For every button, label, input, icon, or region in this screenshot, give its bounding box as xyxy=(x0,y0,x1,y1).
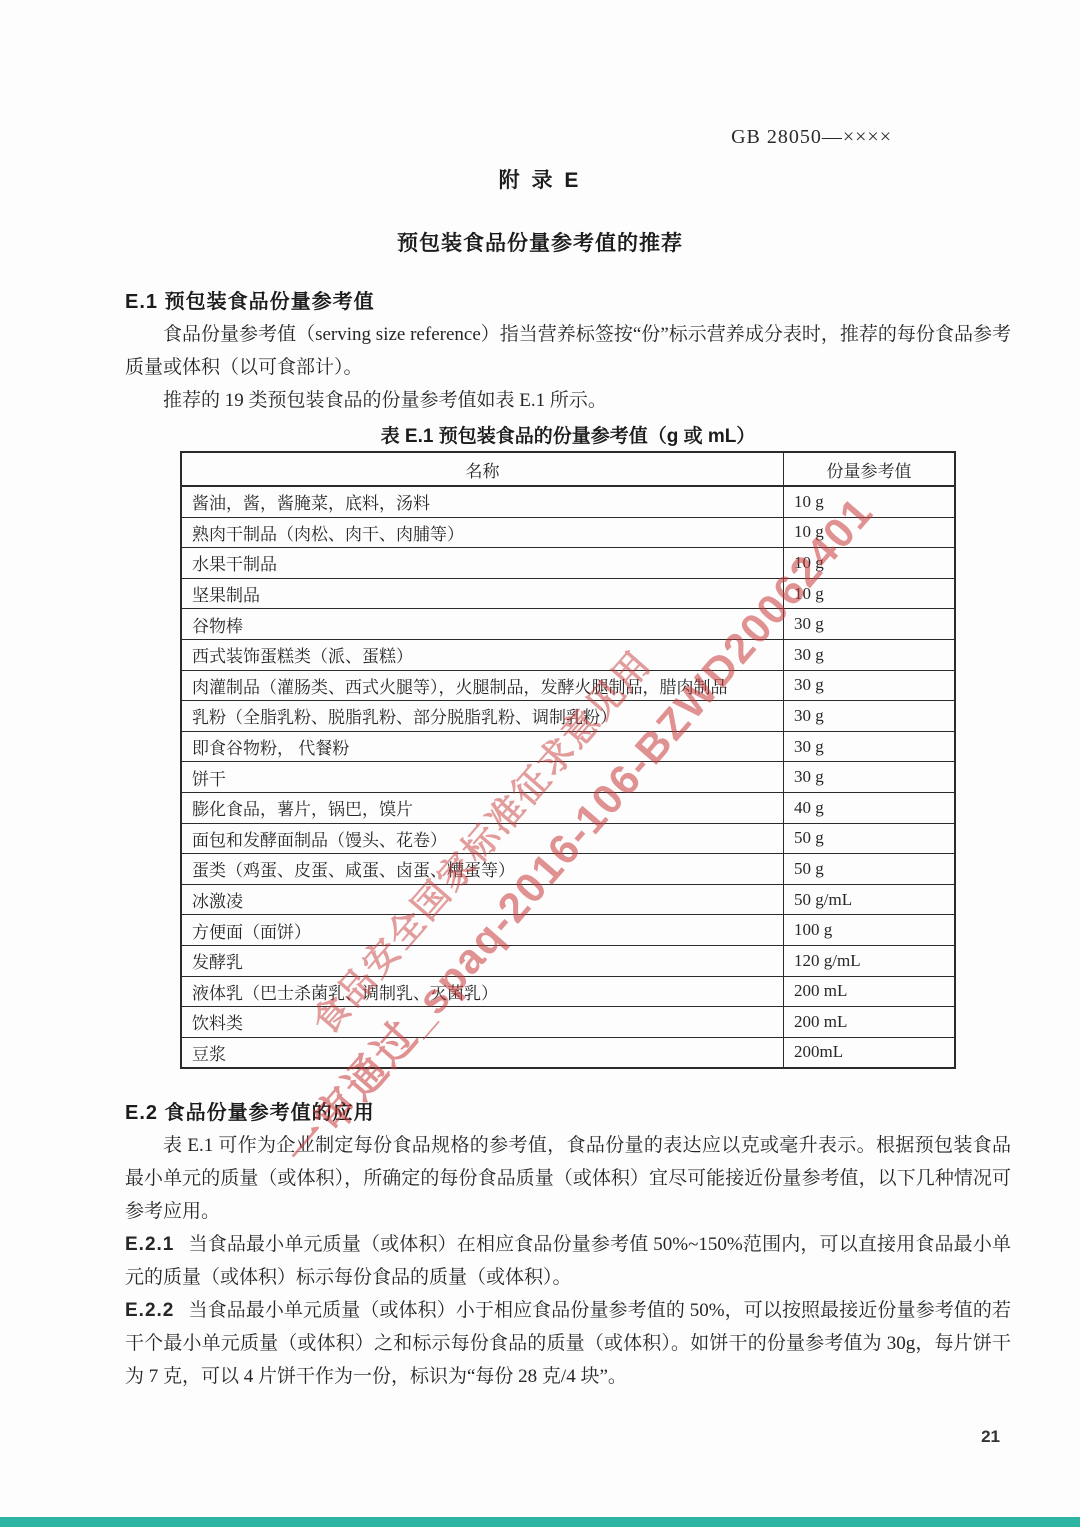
food-category-cell: 西式装饰蛋糕类（派、蛋糕） xyxy=(181,639,784,670)
standard-code-header: GB 28050—×××× xyxy=(0,126,892,149)
food-category-cell: 饮料类 xyxy=(181,1007,784,1038)
section-e2-heading: E.2 食品份量参考值的应用 xyxy=(125,1096,375,1125)
table-row: 酱油，酱，酱腌菜，底料，汤料10 g xyxy=(181,486,955,517)
food-category-cell: 水果干制品 xyxy=(181,548,784,579)
page-number: 21 xyxy=(0,1427,1000,1447)
food-category-cell: 饼干 xyxy=(181,762,784,793)
bottom-accent-bar xyxy=(0,1517,1080,1527)
clause-e21: E.2.1当食品最小单元质量（或体积）在相应食品份量参考值 50%~150%范围… xyxy=(125,1228,1011,1294)
serving-value-cell: 30 g xyxy=(784,670,956,701)
serving-value-cell: 30 g xyxy=(784,731,956,762)
section-e2-paragraph: 表 E.1 可作为企业制定每份食品规格的参考值，食品份量的表达应以克或毫升表示。… xyxy=(125,1129,1011,1228)
serving-value-cell: 200 mL xyxy=(784,976,956,1007)
serving-value-cell: 30 g xyxy=(784,701,956,732)
food-category-cell: 坚果制品 xyxy=(181,578,784,609)
table-row: 西式装饰蛋糕类（派、蛋糕）30 g xyxy=(181,639,955,670)
clause-e21-text: 当食品最小单元质量（或体积）在相应食品份量参考值 50%~150%范围内，可以直… xyxy=(125,1234,1011,1288)
serving-value-cell: 50 g xyxy=(784,854,956,885)
page-title: 预包装食品份量参考值的推荐 xyxy=(0,227,1080,257)
serving-value-cell: 200mL xyxy=(784,1037,956,1068)
clause-e22-text: 当食品最小单元质量（或体积）小于相应食品份量参考值的 50%，可以按照最接近份量… xyxy=(125,1300,1011,1387)
table-row: 冰激凌50 g/mL xyxy=(181,884,955,915)
table-row: 乳粉（全脂乳粉、脱脂乳粉、部分脱脂乳粉、调制乳粉）30 g xyxy=(181,701,955,732)
column-header-value: 份量参考值 xyxy=(784,452,956,486)
table-header-row: 名称 份量参考值 xyxy=(181,452,955,486)
table-row: 饮料类200 mL xyxy=(181,1007,955,1038)
table-row: 发酵乳120 g/mL xyxy=(181,945,955,976)
serving-value-cell: 200 mL xyxy=(784,1007,956,1038)
clause-e21-number: E.2.1 xyxy=(125,1234,174,1255)
food-category-cell: 豆浆 xyxy=(181,1037,784,1068)
document-page: GB 28050—×××× 附 录 E 预包装食品份量参考值的推荐 E.1 预包… xyxy=(0,0,1080,1527)
table-caption: 表 E.1 预包装食品的份量参考值（g 或 mL） xyxy=(180,421,956,448)
table-row: 熟肉干制品（肉松、肉干、肉脯等）10 g xyxy=(181,517,955,548)
table-row: 液体乳（巴士杀菌乳、调制乳、灭菌乳）200 mL xyxy=(181,976,955,1007)
clause-e22: E.2.2当食品最小单元质量（或体积）小于相应食品份量参考值的 50%，可以按照… xyxy=(125,1294,1011,1393)
table-row: 水果干制品10 g xyxy=(181,548,955,579)
serving-value-cell: 10 g xyxy=(784,548,956,579)
table-row: 谷物棒30 g xyxy=(181,609,955,640)
food-category-cell: 液体乳（巴士杀菌乳、调制乳、灭菌乳） xyxy=(181,976,784,1007)
food-category-cell: 面包和发酵面制品（馒头、花卷） xyxy=(181,823,784,854)
section-e1-paragraph-2: 推荐的 19 类预包装食品的份量参考值如表 E.1 所示。 xyxy=(125,384,1011,417)
food-category-cell: 谷物棒 xyxy=(181,609,784,640)
column-header-name: 名称 xyxy=(181,452,784,486)
food-category-cell: 肉灌制品（灌肠类、西式火腿等），火腿制品，发酵火腿制品，腊肉制品 xyxy=(181,670,784,701)
serving-value-cell: 30 g xyxy=(784,609,956,640)
serving-value-cell: 120 g/mL xyxy=(784,945,956,976)
table-row: 豆浆200mL xyxy=(181,1037,955,1068)
table-row: 膨化食品，薯片，锅巴，馍片40 g xyxy=(181,792,955,823)
serving-value-cell: 50 g xyxy=(784,823,956,854)
clause-e22-number: E.2.2 xyxy=(125,1300,174,1321)
food-category-cell: 熟肉干制品（肉松、肉干、肉脯等） xyxy=(181,517,784,548)
food-category-cell: 方便面（面饼） xyxy=(181,915,784,946)
food-category-cell: 酱油，酱，酱腌菜，底料，汤料 xyxy=(181,486,784,517)
serving-value-cell: 40 g xyxy=(784,792,956,823)
food-category-cell: 冰激凌 xyxy=(181,884,784,915)
food-category-cell: 即食谷物粉， 代餐粉 xyxy=(181,731,784,762)
table-row: 方便面（面饼）100 g xyxy=(181,915,955,946)
food-category-cell: 蛋类（鸡蛋、皮蛋、咸蛋、卤蛋、糟蛋等） xyxy=(181,854,784,885)
serving-value-cell: 100 g xyxy=(784,915,956,946)
food-category-cell: 发酵乳 xyxy=(181,945,784,976)
table-body: 酱油，酱，酱腌菜，底料，汤料10 g熟肉干制品（肉松、肉干、肉脯等）10 g水果… xyxy=(181,486,955,1068)
serving-value-cell: 10 g xyxy=(784,578,956,609)
serving-value-cell: 10 g xyxy=(784,517,956,548)
section-e1-paragraph-1: 食品份量参考值（serving size reference）指当营养标签按“份… xyxy=(125,318,1011,384)
table-row: 饼干30 g xyxy=(181,762,955,793)
food-category-cell: 膨化食品，薯片，锅巴，馍片 xyxy=(181,792,784,823)
table-row: 即食谷物粉， 代餐粉30 g xyxy=(181,731,955,762)
table-row: 坚果制品10 g xyxy=(181,578,955,609)
table-row: 肉灌制品（灌肠类、西式火腿等），火腿制品，发酵火腿制品，腊肉制品30 g xyxy=(181,670,955,701)
food-category-cell: 乳粉（全脂乳粉、脱脂乳粉、部分脱脂乳粉、调制乳粉） xyxy=(181,701,784,732)
appendix-label: 附 录 E xyxy=(0,164,1080,194)
serving-size-table: 名称 份量参考值 酱油，酱，酱腌菜，底料，汤料10 g熟肉干制品（肉松、肉干、肉… xyxy=(180,451,956,1069)
table-row: 面包和发酵面制品（馒头、花卷）50 g xyxy=(181,823,955,854)
serving-value-cell: 50 g/mL xyxy=(784,884,956,915)
serving-value-cell: 10 g xyxy=(784,486,956,517)
section-e1-heading: E.1 预包装食品份量参考值 xyxy=(125,285,375,314)
table-row: 蛋类（鸡蛋、皮蛋、咸蛋、卤蛋、糟蛋等）50 g xyxy=(181,854,955,885)
serving-value-cell: 30 g xyxy=(784,762,956,793)
serving-value-cell: 30 g xyxy=(784,639,956,670)
